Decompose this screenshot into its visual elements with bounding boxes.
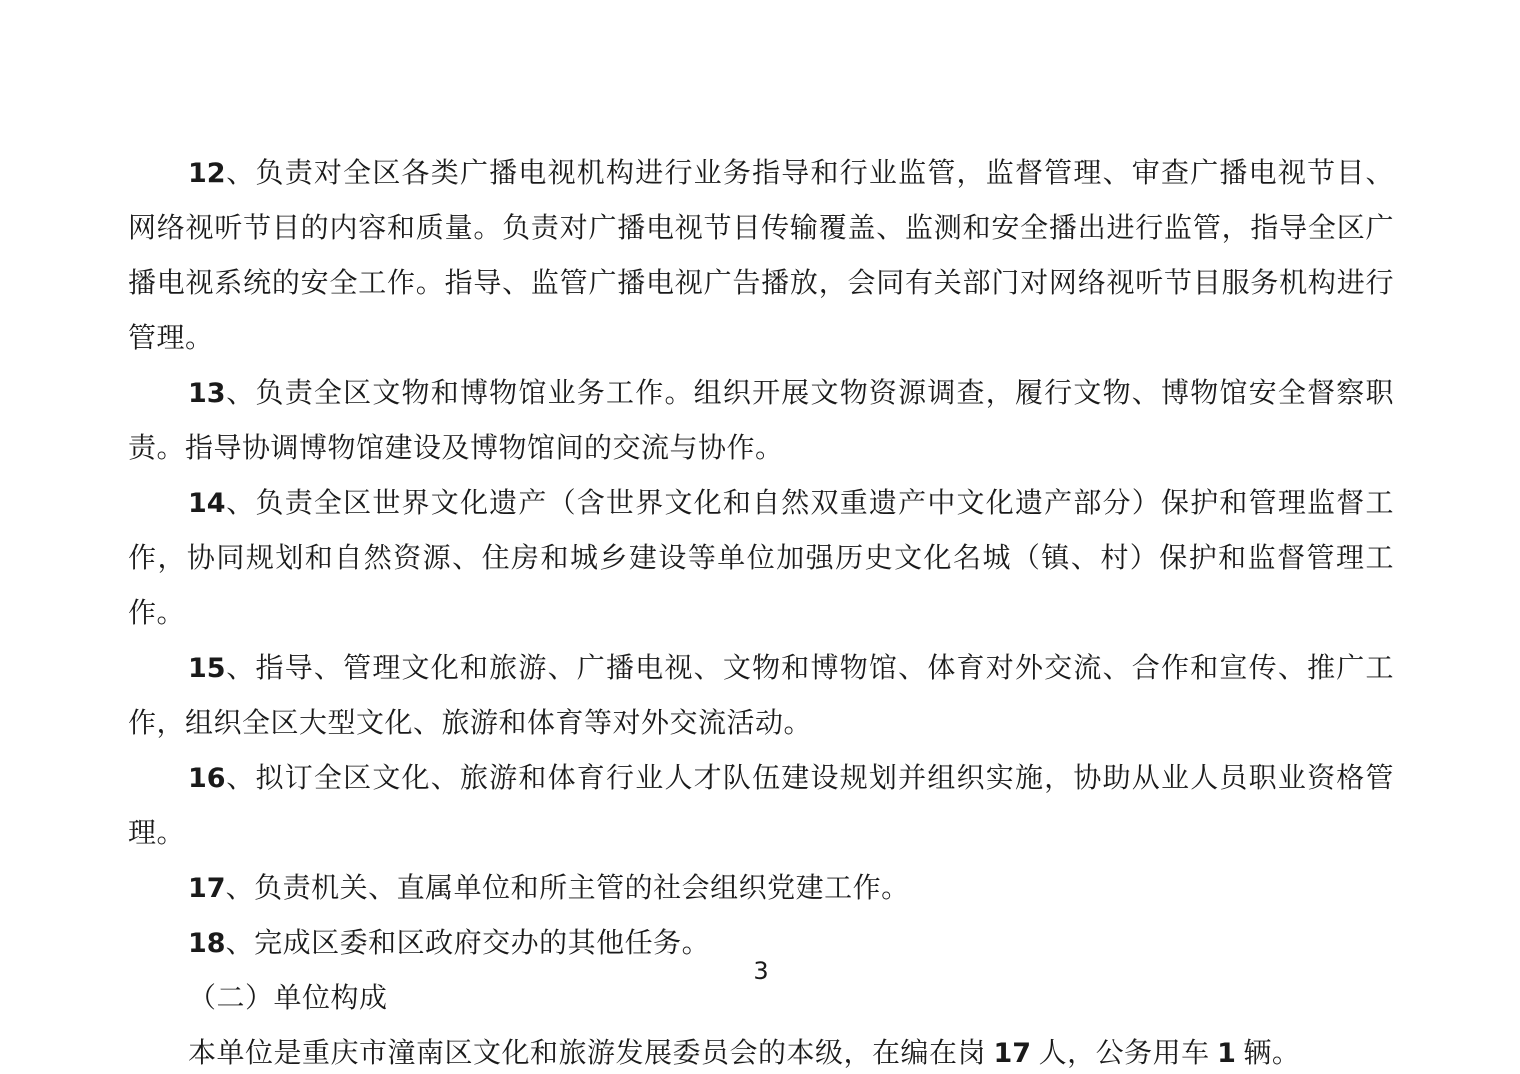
page-number: 3 bbox=[128, 953, 1394, 989]
paragraph-item-16: 16、拟订全区文化、旅游和体育行业人才队伍建设规划并组织实施，协助从业人员职业资… bbox=[128, 751, 1394, 861]
paragraph-item-15: 15、指导、管理文化和旅游、广播电视、文物和博物馆、体育对外交流、合作和宣传、推… bbox=[128, 641, 1394, 751]
paragraph-unit-overview: 本单位是重庆市潼南区文化和旅游发展委员会的本级，在编在岗 17 人，公务用车 1… bbox=[128, 1026, 1394, 1074]
document-page: 12、负责对全区各类广播电视机构进行业务指导和行业监管，监督管理、审查广播电视节… bbox=[0, 0, 1520, 1074]
document-body: 12、负责对全区各类广播电视机构进行业务指导和行业监管，监督管理、审查广播电视节… bbox=[128, 146, 1394, 1074]
paragraph-item-17: 17、负责机关、直属单位和所主管的社会组织党建工作。 bbox=[128, 861, 1394, 916]
paragraph-item-12: 12、负责对全区各类广播电视机构进行业务指导和行业监管，监督管理、审查广播电视节… bbox=[128, 146, 1394, 366]
paragraph-item-14: 14、负责全区世界文化遗产（含世界文化和自然双重遗产中文化遗产部分）保护和管理监… bbox=[128, 476, 1394, 641]
paragraph-item-13: 13、负责全区文物和博物馆业务工作。组织开展文物资源调查，履行文物、博物馆安全督… bbox=[128, 366, 1394, 476]
